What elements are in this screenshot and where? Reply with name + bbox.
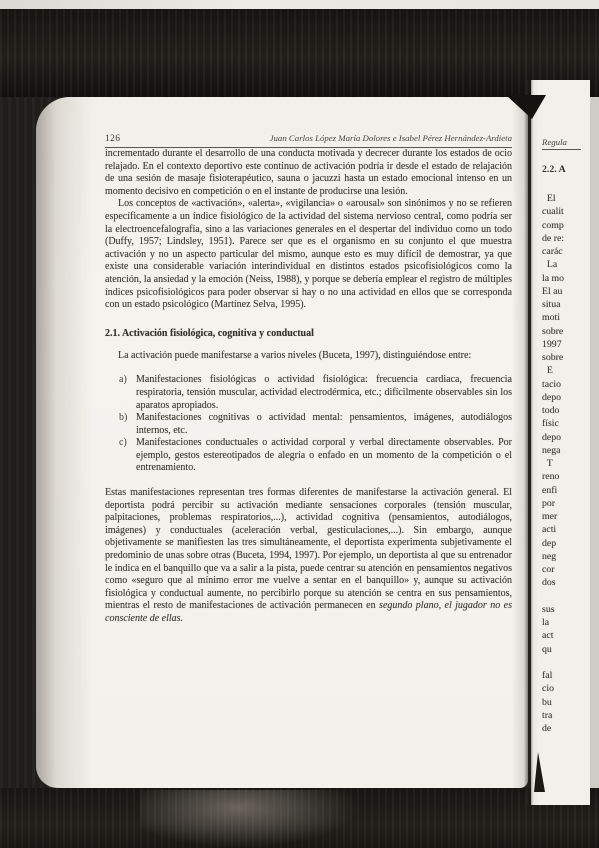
fragment-line: tacio <box>542 379 590 392</box>
fragment-line: reno <box>542 471 590 484</box>
list-item-c-text: Manifestaciones conductuales o actividad… <box>136 437 512 475</box>
fragment-line: mer <box>542 511 590 524</box>
list-item-b-text: Manifestaciones cognitivas o actividad m… <box>136 412 512 437</box>
book-gutter-shadow-top <box>506 95 546 119</box>
fragment-line: E <box>542 365 590 378</box>
fragment-line: qu <box>542 644 590 657</box>
fragment-line: La <box>542 259 590 272</box>
page-content: 126 Juan Carlos López María Dolores e Is… <box>105 133 512 626</box>
fragment-line: sobre <box>542 326 590 339</box>
fragment-line: enfi <box>542 485 590 498</box>
manifestations-list: a) Manifestaciones fisiológicas o activi… <box>105 374 512 475</box>
fragment-line: situa <box>542 299 590 312</box>
paragraph-2: Los conceptos de «activación», «alerta»,… <box>105 198 512 311</box>
fragment-line: carác <box>542 246 590 259</box>
book-gutter-crease <box>524 80 533 805</box>
fragment-line: la mo <box>542 273 590 286</box>
fragment-line: comp <box>542 220 590 233</box>
fragment-line: depo <box>542 432 590 445</box>
fragment-line: depo <box>542 392 590 405</box>
fragment-line: sobre <box>542 352 590 365</box>
scan-light-blotch <box>140 790 360 848</box>
fragment-line: dep <box>542 538 590 551</box>
list-item-a-label: a) <box>119 374 136 412</box>
fragment-line: nega <box>542 445 590 458</box>
right-book-page-sliver: Regula 2.2. A Elcualitcompde re:carác La… <box>531 80 590 805</box>
next-page-running-head: Regula <box>542 137 581 150</box>
next-page-line-fragments: Elcualitcompde re:carác Lala moEl ausitu… <box>542 193 590 736</box>
fragment-line <box>542 657 590 670</box>
left-book-page: 126 Juan Carlos López María Dolores e Is… <box>36 97 528 788</box>
scan-right-edge <box>590 0 599 848</box>
paragraph-3: Estas manifestaciones representan tres f… <box>105 487 512 626</box>
fragment-line: moti <box>542 312 590 325</box>
fragment-line: acti <box>542 524 590 537</box>
running-header: 126 Juan Carlos López María Dolores e Is… <box>105 133 512 148</box>
scan-top-edge <box>0 0 599 9</box>
list-item-a-text: Manifestaciones fisiológicas o actividad… <box>136 374 512 412</box>
running-head-authors: Juan Carlos López María Dolores e Isabel… <box>270 133 512 143</box>
list-item-c: c) Manifestaciones conductuales o activi… <box>119 437 512 475</box>
fragment-line: neg <box>542 551 590 564</box>
fragment-line: fal <box>542 670 590 683</box>
fragment-line: 1997 <box>542 339 590 352</box>
fragment-line: de <box>542 723 590 736</box>
fragment-line <box>542 591 590 604</box>
list-item-a: a) Manifestaciones fisiológicas o activi… <box>119 374 512 412</box>
fragment-line: físic <box>542 418 590 431</box>
list-item-c-label: c) <box>119 437 136 475</box>
fragment-line: bu <box>542 697 590 710</box>
scanned-book-photocopy: 126 Juan Carlos López María Dolores e Is… <box>0 0 599 848</box>
fragment-line: tra <box>542 710 590 723</box>
list-item-b: b) Manifestaciones cognitivas o activida… <box>119 412 512 437</box>
fragment-line: El au <box>542 286 590 299</box>
fragment-line: cio <box>542 683 590 696</box>
section-heading-2-1: 2.1. Activación fisiológica, cognitiva y… <box>105 328 512 339</box>
fragment-line: El <box>542 193 590 206</box>
fragment-line: T <box>542 458 590 471</box>
book-gutter-shadow-bottom <box>534 752 545 792</box>
fragment-line: cor <box>542 564 590 577</box>
paragraph-intro: La activación puede manifestarse a vario… <box>105 350 512 363</box>
page-number: 126 <box>105 134 120 144</box>
fragment-line: de re: <box>542 233 590 246</box>
scan-black-band-top <box>0 9 599 97</box>
paragraph-1: incrementado durante el desarrollo de un… <box>105 148 512 198</box>
fragment-line: todo <box>542 405 590 418</box>
list-item-b-label: b) <box>119 412 136 437</box>
fragment-line: la <box>542 617 590 630</box>
fragment-line: por <box>542 498 590 511</box>
fragment-line: act <box>542 630 590 643</box>
fragment-line: cualit <box>542 206 590 219</box>
fragment-line: dos <box>542 577 590 590</box>
fragment-line: sus <box>542 604 590 617</box>
next-page-section-heading: 2.2. A <box>542 164 590 175</box>
next-page-content: Regula 2.2. A Elcualitcompde re:carác La… <box>542 132 590 736</box>
paragraph-3-main: Estas manifestaciones representan tres f… <box>105 487 512 611</box>
